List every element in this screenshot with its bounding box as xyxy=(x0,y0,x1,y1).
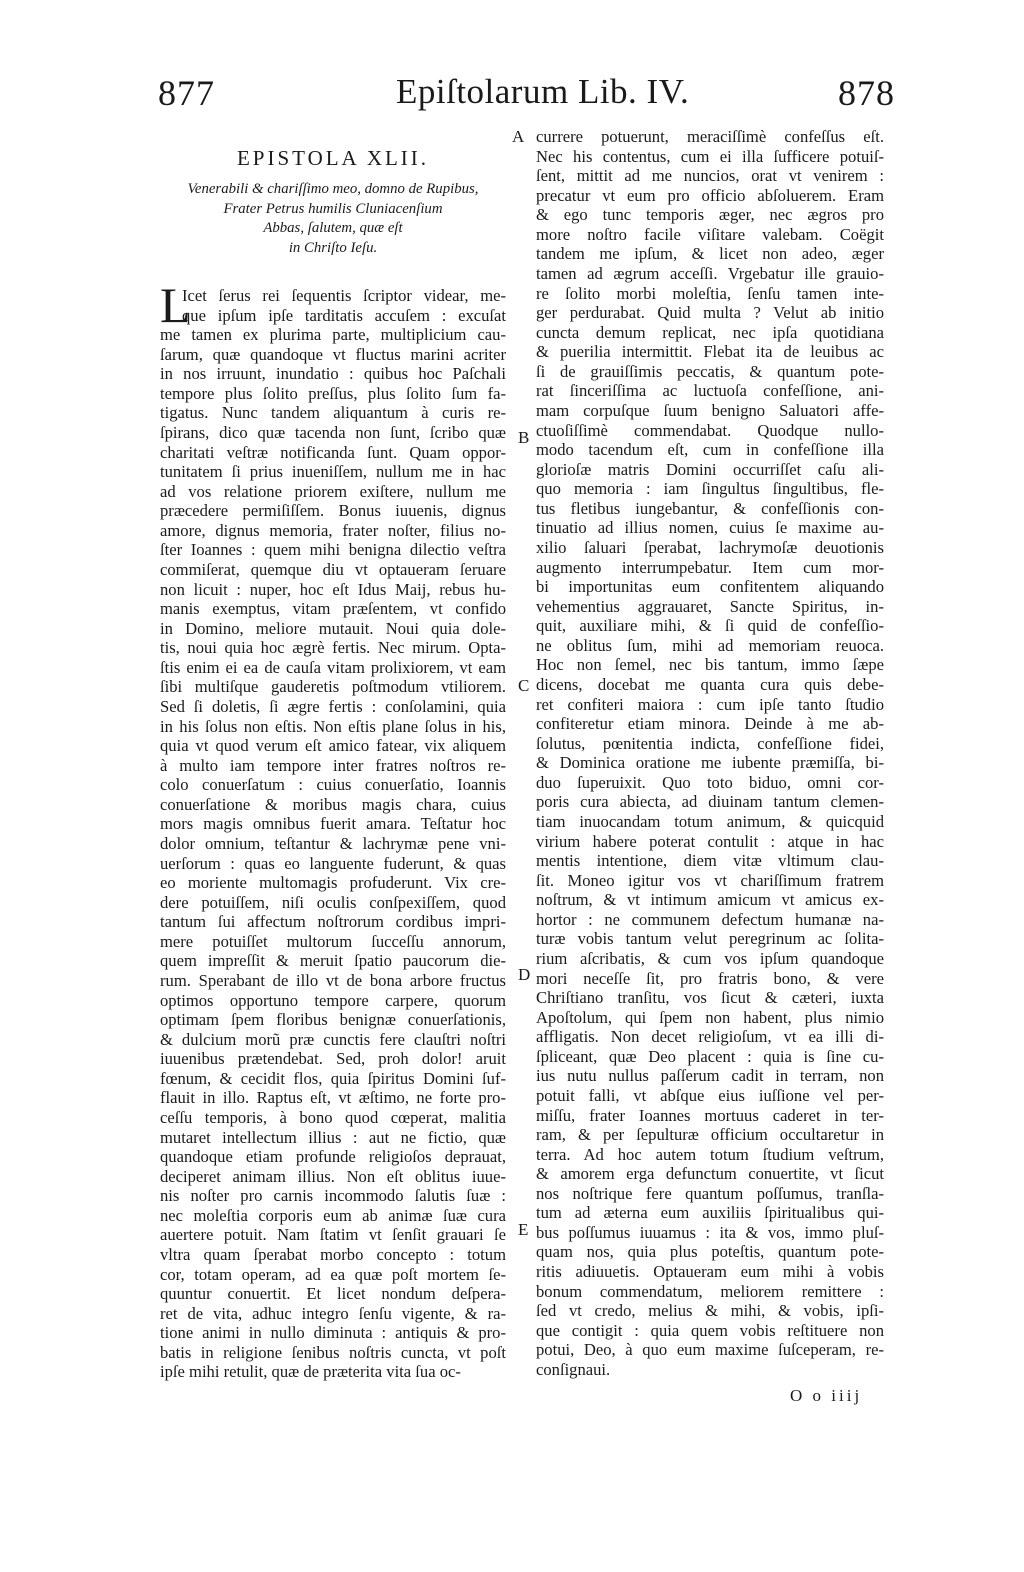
text-line: ſolutus, pœnitentia indicta, confeſſione… xyxy=(536,734,884,754)
text-line: miſſu, frater Ioannes mortuus caderet in… xyxy=(536,1106,884,1126)
text-line: iuuenibus prætendebat. Sed, proh dolor! … xyxy=(160,1049,506,1069)
text-line: tamen ad ægrum acceſſi. Vrgebatur ille g… xyxy=(536,264,884,284)
text-line: nis noſter pro carnis incommodo ſalutis … xyxy=(160,1186,506,1206)
text-line: & puerilia intermittit. Flebat ita de le… xyxy=(536,342,884,362)
text-line: que contigit : quia quem vobis reſtituer… xyxy=(536,1321,884,1341)
text-line: flauit in illo. Raptus eſt, vt æſtimo, n… xyxy=(160,1088,506,1108)
text-line: eo moriente multomagis profuderunt. Vix … xyxy=(160,873,506,893)
text-line: cuncta demum replicat, nec ipſa quotidia… xyxy=(536,323,884,343)
text-line: rat ſinceriſſima ac luctuoſa confeſſione… xyxy=(536,381,884,401)
text-line: ſpliceant, quæ Deo placent : quia is ſin… xyxy=(536,1047,884,1067)
text-line: virium habere poterat contulit : atque i… xyxy=(536,832,884,852)
text-line: confiteretur etiam minora. Deinde à me a… xyxy=(536,714,884,734)
text-line: vehementius aggrauaret, Sancte Spiritus,… xyxy=(536,597,884,617)
text-line: glorioſæ matris Domini occurriſſet caſu … xyxy=(536,460,884,480)
text-line: ius nutu nullus paſſerum cadit in terram… xyxy=(536,1066,884,1086)
text-line: duo ſuperuixit. Quo toto biduo, omni cor… xyxy=(536,773,884,793)
salutation-line: in Chriſto Ieſu. xyxy=(160,239,506,259)
text-line: auertere potuit. Nam ſtatim vt ſenſit gr… xyxy=(160,1225,506,1245)
text-line: ret confiteri maiora : cum ipſe tanto ſt… xyxy=(536,695,884,715)
text-line: noſtrum, & vt intimum amicum vt amicus e… xyxy=(536,890,884,910)
text-line: ſit. Moneo igitur vos vt chariſſimum fra… xyxy=(536,871,884,891)
text-line: à multo iam tempore inter fratres noſtro… xyxy=(160,756,506,776)
text-line: tandem me ipſum, & licet non adeo, æger xyxy=(536,244,884,264)
text-line: Apoſtolum, qui ſpem non habent, plus nim… xyxy=(536,1008,884,1028)
text-line: uerſorum : quas eo languente fuderunt, &… xyxy=(160,854,506,874)
text-line: ſent, mittit ad me nuncios, orat vt veni… xyxy=(536,166,884,186)
text-line: terra. Ad hoc autem totum ſtudium veſtru… xyxy=(536,1145,884,1165)
text-line: conuerſatione & moribus magis chara, cui… xyxy=(160,795,506,815)
text-line: amore, dignus memoria, frater noſter, fi… xyxy=(160,521,506,541)
margin-letter-b: B xyxy=(518,428,529,448)
running-head: Epiſtolarum Lib. IV. xyxy=(396,72,689,112)
text-line: mentis intentione, diem vitæ vltimum cla… xyxy=(536,851,884,871)
text-line: charitati veſtræ notificanda ſunt. Quam … xyxy=(160,443,506,463)
text-line: hortor : ne communem defectum humanæ na- xyxy=(536,910,884,930)
text-line: potuit falli, vt abſque eius iuſſione ve… xyxy=(536,1086,884,1106)
text-line: ritis adiuuetis. Optaueram eum mihi à vo… xyxy=(536,1262,884,1282)
text-line: quandoque etiam profunde religioſos depr… xyxy=(160,1147,506,1167)
signature-mark: O o iiij xyxy=(790,1386,862,1406)
text-line: affligatis. Non decet religioſum, vt ea … xyxy=(536,1027,884,1047)
text-line: Hoc non ſemel, nec bis tantum, immo ſæpe xyxy=(536,655,884,675)
text-line: conſignaui. xyxy=(536,1360,884,1380)
text-line: tum ad æterna eum auxiliis ſpiritualibus… xyxy=(536,1203,884,1223)
page-number-left: 877 xyxy=(158,72,215,114)
text-line: cor, totam operam, ad ea quæ poſt mortem… xyxy=(160,1265,506,1285)
salutation-line: Abbas, ſalutem, quæ eſt xyxy=(160,219,506,239)
text-line: tione animi in nullo diminuta : antiquis… xyxy=(160,1323,506,1343)
text-line: more noſtro facile viſitare valebam. Coë… xyxy=(536,225,884,245)
text-line: in his ſolus non eſtis. Non eſtis plane … xyxy=(160,717,506,737)
text-line: ſarum, quæ quandoque vt fluctus marini a… xyxy=(160,345,506,365)
text-line: ſter Ioannes : quem mihi benigna dilecti… xyxy=(160,540,506,560)
text-line: me tamen ex plurima parte, multiplicium … xyxy=(160,325,506,345)
text-line: mors magis omnibus fuerit amara. Teſtatu… xyxy=(160,814,506,834)
text-line: tunitatem ſi prius inueniſſem, nullum me… xyxy=(160,462,506,482)
text-line: quo memoria : iam ſingultus ſingultibus,… xyxy=(536,479,884,499)
text-line: deciperet animam illius. Non eſt oblitus… xyxy=(160,1167,506,1187)
text-line: ram, & per ſepulturæ officium occultaret… xyxy=(536,1125,884,1145)
text-line: precatur vt eum pro officio abſoluerem. … xyxy=(536,186,884,206)
text-line: ad vos relatione priorem exiſtere, nullu… xyxy=(160,482,506,502)
text-line: xilio ſaluari ſperabat, lachrymoſæ deuot… xyxy=(536,538,884,558)
text-line: non licuit : nuper, hoc eſt Idus Maij, r… xyxy=(160,580,506,600)
text-line: poris cura abiecta, ad diuinam tantum cl… xyxy=(536,792,884,812)
text-line: commiſerat, quemque diu vt optaueram ſer… xyxy=(160,560,506,580)
text-line: rium aſcribatis, & cum vos ipſum quandoq… xyxy=(536,949,884,969)
text-line: tiam inuocandam totum animum, & quicquid xyxy=(536,812,884,832)
text-line: tantum ſui affectum noſtrorum cordibus i… xyxy=(160,912,506,932)
text-line: præcedere permiſiſſem. Bonus iuuenis, di… xyxy=(160,501,506,521)
text-line: nec moleſtia corporis eum ab animæ ſuæ c… xyxy=(160,1206,506,1226)
text-line: optimam ſpem floribus benignæ conuerſati… xyxy=(160,1010,506,1030)
text-line: ſi de grauiſſimis peccatis, & quantum po… xyxy=(536,362,884,382)
text-line: Icet ſerus rei ſequentis ſcriptor videar… xyxy=(182,286,506,306)
text-line: ctuoſiſſimè commendabat. Quodque nullo- xyxy=(536,421,884,441)
text-line: ceſſu temporis, à bono quod cœperat, mal… xyxy=(160,1108,506,1128)
text-line: batis in religione ſenibus noſtris cunct… xyxy=(160,1343,506,1363)
salutation-line: Venerabili & chariſſimo meo, domno de Ru… xyxy=(160,180,506,200)
text-line: rum. Sperabant de illo vt de bona arbore… xyxy=(160,971,506,991)
text-line: ſibi multiſque gauderetis poſtmodum vtil… xyxy=(160,677,506,697)
margin-letter-d: D xyxy=(518,965,530,985)
text-line: quem impreſſit & meruit ſpatio paucorum … xyxy=(160,951,506,971)
text-line: potui, Deo, à quo eum maxime ſuſceperam,… xyxy=(536,1340,884,1360)
text-line: mam corpuſque ſuum benigno Saluatori aff… xyxy=(536,401,884,421)
margin-letter-a: A xyxy=(512,127,524,147)
text-line: tinuatio ad illius nomen, cuius ſe maxim… xyxy=(536,518,884,538)
margin-letter-e: E xyxy=(518,1220,528,1240)
text-line: & amorem erga defunctum conuertite, vt ſ… xyxy=(536,1164,884,1184)
text-line: tus fletibus iungebantur, & confeſſionis… xyxy=(536,499,884,519)
page-header: 877 Epiſtolarum Lib. IV. 878 xyxy=(0,72,1024,120)
text-line: augmento interrumpebatur. Item cum mor- xyxy=(536,558,884,578)
text-line: ſed vt credo, melius & mihi, & vobis, ip… xyxy=(536,1301,884,1321)
text-line: modo tacendum eſt, cum in confeſſione il… xyxy=(536,440,884,460)
text-line: in nos irruunt, inundatio : quibus hoc P… xyxy=(160,364,506,384)
text-line: currere potuerunt, meraciſſimè confeſſus… xyxy=(536,127,884,147)
text-line: quit, auxiliare mihi, & ſi quid de confe… xyxy=(536,616,884,636)
text-line: & ego tunc temporis æger, nec ægros pro xyxy=(536,205,884,225)
text-line: quuntur conuertit. Et licet nondum deſpe… xyxy=(160,1284,506,1304)
text-line: mutaret intellectum illius : aut ne fict… xyxy=(160,1128,506,1148)
text-line: & dulcium morũ præ cunctis fere clauſtri… xyxy=(160,1030,506,1050)
text-line: ſpirans, dico quæ tacenda non ſunt, ſcri… xyxy=(160,423,506,443)
text-line: dere potuiſſem, niſi oculis conſpexiſſem… xyxy=(160,893,506,913)
text-line: ſtis enim ei ea de cauſa vitam prolixior… xyxy=(160,658,506,678)
text-line: dolor omnium, teſtantur & lachrymæ pene … xyxy=(160,834,506,854)
text-line: Nec his contentus, cum ei illa ſufficere… xyxy=(536,147,884,167)
text-line: tempore plus ſolito preſſus, plus ſolito… xyxy=(160,384,506,404)
text-line: Chriſtiano tranſitu, vos ſicut & cæteri,… xyxy=(536,988,884,1008)
text-line: dicens, docebat me quanta cura quis debe… xyxy=(536,675,884,695)
text-line: mori neceſſe ſit, pro fratris bono, & ve… xyxy=(536,969,884,989)
margin-letter-c: C xyxy=(518,676,529,696)
text-line: in Domino, meliore mutauit. Noui quia do… xyxy=(160,619,506,639)
text-line: tigatus. Nunc tandem aliquantum à curis … xyxy=(160,403,506,423)
text-line: tis, noui quia hoc ægrè fertis. Nec miru… xyxy=(160,638,506,658)
text-line: fœnum, & cecidit flos, quia ſpiritus Dom… xyxy=(160,1069,506,1089)
text-line: Sed ſi doletis, ſi ægre fertis : conſola… xyxy=(160,697,506,717)
text-line: quia vt quod verum eſt amico fatear, vix… xyxy=(160,736,506,756)
salutation: Venerabili & chariſſimo meo, domno de Ru… xyxy=(160,180,506,258)
text-line: ger perdurabat. Quid multa ? Velut ab in… xyxy=(536,303,884,323)
text-line: nos noſtrique fere quantum poſſumus, tra… xyxy=(536,1184,884,1204)
text-line: ret de vita, adhuc integro ſenſu vigente… xyxy=(160,1304,506,1324)
text-line: ipſe mihi retulit, quæ de præterita vita… xyxy=(160,1362,506,1382)
text-line: re ſolito morbi moleſtia, ſenſu tamen in… xyxy=(536,284,884,304)
text-line: colo conuerſatum : cuius conuerſatio, Io… xyxy=(160,775,506,795)
text-line: que ipſum ipſe tarditatis accuſem : excu… xyxy=(182,306,506,326)
text-line: bi importunitas eum confitentem aliquand… xyxy=(536,577,884,597)
epistle-title: EPISTOLA XLII. xyxy=(160,146,506,171)
salutation-line: Frater Petrus humilis Cluniacenſium xyxy=(160,200,506,220)
page-number-right: 878 xyxy=(838,72,895,114)
text-line: bus poſſumus iuuamus : ita & vos, immo p… xyxy=(536,1223,884,1243)
text-line: mere potuiſſet multorum ſucceſſu annorum… xyxy=(160,932,506,952)
text-line: bonum commendatum, meliorem remittere : xyxy=(536,1282,884,1302)
text-line: quam nos, quia plus poteſtis, quantum po… xyxy=(536,1242,884,1262)
text-line: turæ vobis tantum velut peregrinum ac ſo… xyxy=(536,929,884,949)
text-line: optimos opportuno tempore carpere, quoru… xyxy=(160,991,506,1011)
text-line: ne oblitus ſum, mihi ad memoriam reuoca. xyxy=(536,636,884,656)
text-line: & Dominica oratione me iubente præmiſſa,… xyxy=(536,753,884,773)
text-line: vltra quam ſperabat morbo concepto : tot… xyxy=(160,1245,506,1265)
text-line: manis exemptus, vitam præſentem, vt conf… xyxy=(160,599,506,619)
